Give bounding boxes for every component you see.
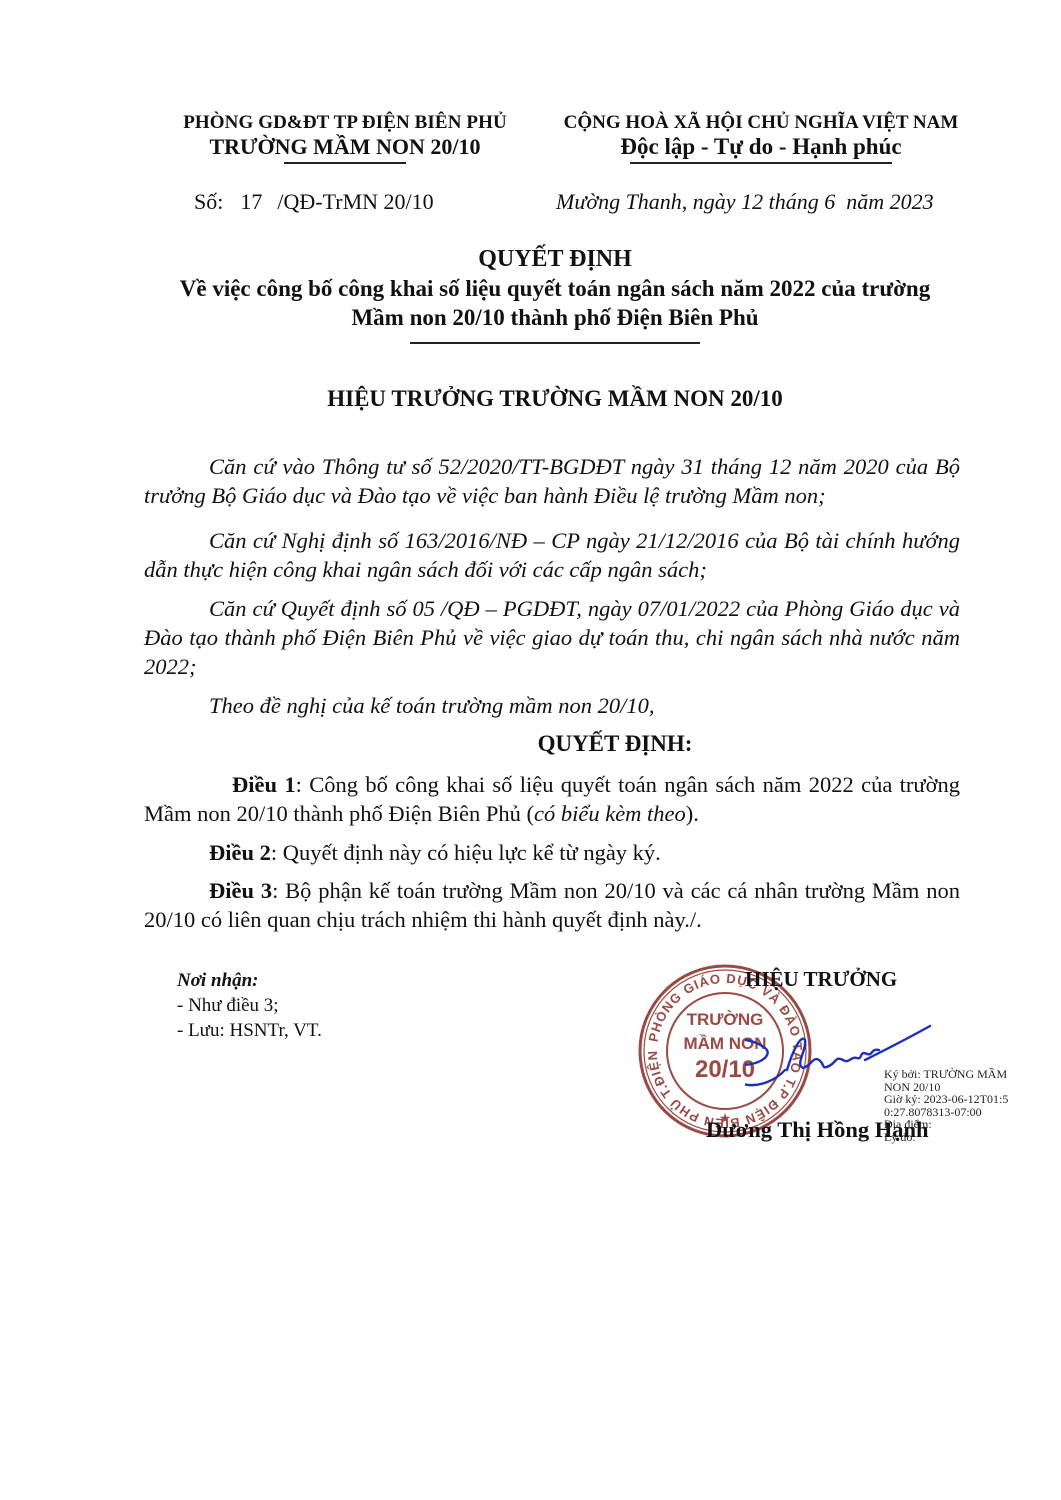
signer-title: HIỆU TRƯỞNG (745, 967, 897, 992)
signed-by: Ký bởi: TRƯỜNG MẦM NON 20/10 (884, 1068, 1034, 1093)
decision-title: QUYẾT ĐỊNH Về việc công bố công khai số … (140, 244, 970, 344)
national-motto: Độc lập - Tự do - Hạnh phúc (548, 134, 974, 160)
legal-basis-4: Theo đề nghị của kế toán trường mầm non … (144, 691, 960, 720)
recipients-heading: Nơi nhận: (177, 968, 322, 993)
article-1-label: Điều 1 (232, 772, 296, 797)
document-date: Mường Thanh, ngày 12 tháng 6 năm 2023 (556, 189, 934, 215)
date-day: 12 (741, 189, 763, 214)
header-right-underline (630, 162, 892, 164)
recipient-item: - Như điều 3; (177, 993, 322, 1018)
country-name: CỘNG HOÀ XÃ HỘI CHỦ NGHĨA VIỆT NAM (548, 112, 974, 134)
date-year: 2023 (890, 189, 934, 214)
legal-basis-1: Căn cứ vào Thông tư số 52/2020/TT-BGDĐT … (144, 452, 960, 510)
document-number-value: 17 (240, 189, 262, 214)
subject-line-1: Về việc công bố công khai số liệu quyết … (140, 274, 970, 303)
article-2-label: Điều 2 (209, 840, 271, 865)
recipient-item: - Lưu: HSNTr, VT. (177, 1018, 322, 1043)
subject-line-2: Mầm non 20/10 thành phố Điện Biên Phủ (140, 303, 970, 332)
signing-location: Địa điểm: (884, 1118, 1034, 1131)
school-name: TRƯỜNG MẦM NON 20/10 (150, 134, 540, 160)
recipients-block: Nơi nhận: - Như điều 3; - Lưu: HSNTr, VT… (177, 968, 322, 1043)
signed-at: Giờ ký: 2023-06-12T01:50:27.8078313-07:0… (884, 1093, 1014, 1118)
article-3-label: Điều 3 (209, 878, 272, 903)
article-2: Điều 2: Quyết định này có hiệu lực kể từ… (144, 838, 960, 867)
title-underline (410, 342, 700, 344)
header-issuing-agency: PHÒNG GD&ĐT TP ĐIỆN BIÊN PHỦ TRƯỜNG MẦM … (150, 112, 540, 164)
digital-signature-info: Ký bởi: TRƯỜNG MẦM NON 20/10 Giờ ký: 202… (884, 1068, 1034, 1143)
legal-basis-3: Căn cứ Quyết định số 05 /QĐ – PGDĐT, ngà… (144, 594, 960, 681)
article-3: Điều 3: Bộ phận kế toán trường Mầm non 2… (144, 876, 960, 934)
date-month: 6 (824, 189, 835, 214)
header-left-underline (284, 162, 406, 164)
decision-heading: QUYẾT ĐỊNH: (140, 731, 970, 757)
signing-reason: Lý do: (884, 1131, 1034, 1144)
article-1: Điều 1: Công bố công khai số liệu quyết … (144, 770, 960, 828)
document-number: Số: 17 /QĐ-TrMN 20/10 (194, 189, 434, 215)
legal-basis-2: Căn cứ Nghị định số 163/2016/NĐ – CP ngà… (144, 526, 960, 584)
issuing-authority: HIỆU TRƯỞNG TRƯỜNG MẦM NON 20/10 (140, 386, 970, 412)
document-type: QUYẾT ĐỊNH (140, 244, 970, 274)
department-name: PHÒNG GD&ĐT TP ĐIỆN BIÊN PHỦ (150, 112, 540, 134)
header-national-title: CỘNG HOÀ XÃ HỘI CHỦ NGHĨA VIỆT NAM Độc l… (548, 112, 974, 164)
document-code: /QĐ-TrMN 20/10 (277, 189, 433, 214)
